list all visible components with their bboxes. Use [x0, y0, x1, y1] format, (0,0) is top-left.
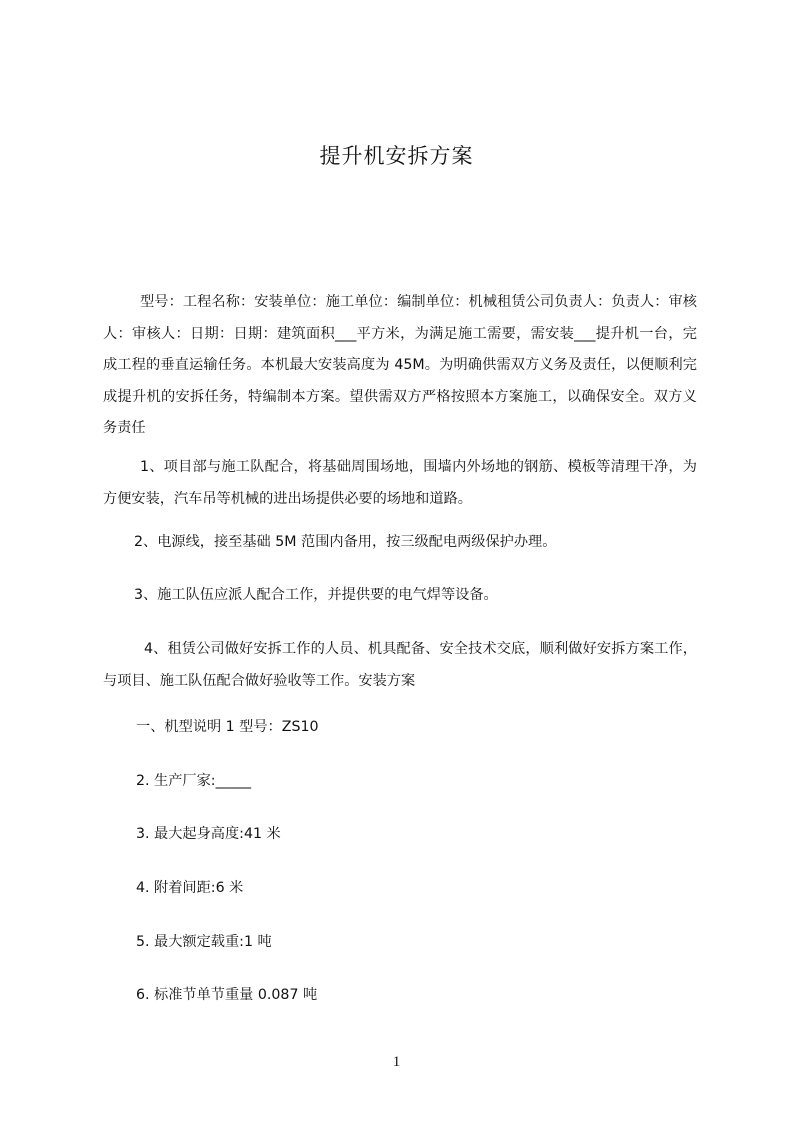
- responsibility-item-3: 3、施工队伍应派人配合工作，并提供要的电气焊等设备。: [103, 580, 728, 612]
- spec-attachment-spacing: 4. 附着间距:6 米: [136, 873, 243, 905]
- page-number: 1: [0, 1054, 793, 1071]
- responsibility-item-4: 4、租赁公司做好安拆工作的人员、机具配备、安全技术交底，顺利做好安拆方案工作，与…: [103, 634, 697, 697]
- document-page: 提升机安拆方案 型号：工程名称：安装单位：施工单位：编制单位：机械租赁公司负责人…: [0, 0, 793, 1122]
- spec-manufacturer: 2. 生产厂家:_____: [136, 766, 251, 798]
- spec-section-weight: 6. 标准节单节重量 0.087 吨: [136, 980, 317, 1012]
- document-title: 提升机安拆方案: [0, 140, 793, 172]
- spec-max-height: 3. 最大起身高度:41 米: [136, 819, 281, 851]
- responsibility-item-2: 2、电源线，接至基础 5M 范围内备用，按三级配电两级保护办理。: [103, 527, 728, 559]
- spec-model-heading: 一、机型说明 1 型号：ZS10: [136, 712, 319, 744]
- responsibility-item-1: 1、项目部与施工队配合，将基础周围场地，围墙内外场地的钢筋、模板等清理干净，为方…: [103, 452, 697, 515]
- spec-max-load: 5. 最大额定载重:1 吨: [136, 927, 272, 959]
- intro-paragraph: 型号：工程名称：安装单位：施工单位：编制单位：机械租赁公司负责人：负责人：审核人…: [103, 287, 697, 445]
